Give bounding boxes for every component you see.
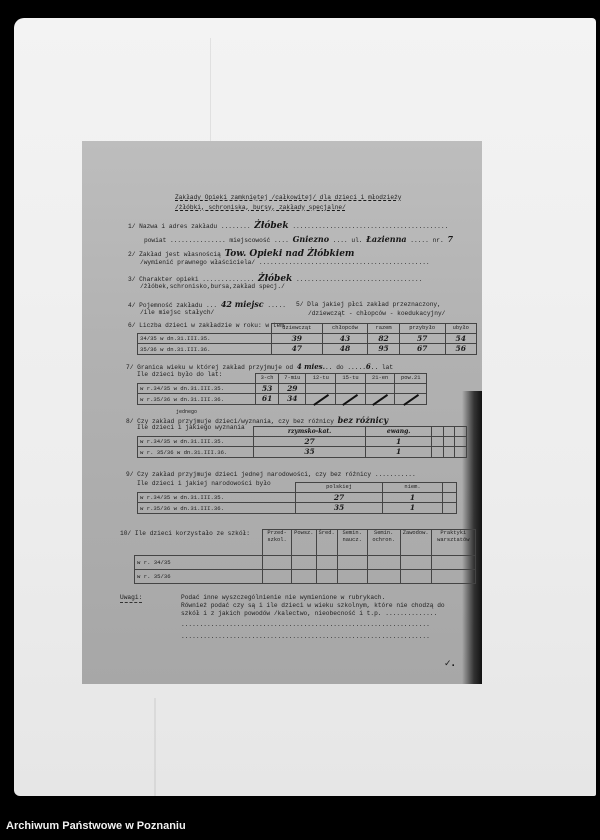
table-cell: w r.34/35 w dn.31.III.35.: [138, 437, 254, 447]
table-cell: [138, 374, 256, 384]
table-cell: 47: [272, 344, 323, 354]
table-cell: [138, 324, 272, 334]
table-cell: 43: [322, 334, 368, 344]
table-cell: Przed-szkol.: [263, 530, 292, 556]
archive-label: Archiwum Państwowe w Poznaniu: [6, 820, 186, 832]
table-cell: w r. 35/36 w dn.31.III.36.: [138, 447, 254, 457]
q1-label: Nazwa i adres zakładu: [139, 223, 217, 230]
table-cell: [365, 394, 395, 404]
table-cell: 15-tu: [336, 374, 366, 384]
table-cell: Semin. ochron.: [367, 530, 400, 556]
q1-row: 1/ Nazwa i adres zakładu ........ Żłóbek…: [128, 221, 448, 232]
dash-mark: [403, 394, 419, 406]
table-cell: [337, 556, 367, 570]
table-cell: 34: [279, 394, 306, 404]
table-cell: niem.: [383, 483, 443, 493]
table-cell: polskiej: [296, 483, 383, 493]
fold-line: [154, 698, 156, 808]
table-cell: [455, 447, 467, 457]
table-cell: [400, 570, 431, 584]
table-cell: 39: [272, 334, 323, 344]
table-cell: 56: [445, 344, 476, 354]
table-cell: [442, 493, 456, 503]
table-cell: 95: [368, 344, 399, 354]
notes-line3: szkół i z jakich powodów /kalectwo, nieo…: [181, 610, 437, 618]
q6-row-3435: 34/35 w dn.31.III.35. 39 43 82 57 54: [138, 334, 477, 344]
notes-label: Uwagi:: [120, 594, 142, 603]
notes-line2: Również podać czy są i ile dzieci w wiek…: [181, 602, 445, 610]
table-row: w r. 35/36: [135, 570, 476, 584]
table-cell: dziewcząt: [272, 324, 323, 334]
table-cell: [316, 556, 337, 570]
check-mark: ✓.: [444, 659, 455, 670]
table-cell: w r.35/36 w dn.31.III.36.: [138, 394, 256, 404]
table-cell: ewang.: [366, 427, 432, 437]
table-cell: [442, 503, 456, 513]
table-cell: [337, 570, 367, 584]
q3-sublabel: /żłóbek,schronisko,bursa,zakład specj./: [140, 283, 285, 291]
table-cell: [455, 437, 467, 447]
table-cell: [292, 556, 316, 570]
table-cell: [306, 384, 336, 394]
table-cell: [365, 384, 395, 394]
table-row: 3-ch 7-miu 12-tu 15-tu 21-en pow.21: [138, 374, 427, 384]
table-cell: w r.34/35 w dn.31.III.35.: [138, 493, 296, 503]
table-cell: [455, 427, 467, 437]
table-row: w r.34/35 w dn.31.III.35. 53 29: [138, 384, 427, 394]
table-row: w r.34/35 w dn.31.III.35. 27 1: [138, 437, 467, 447]
table-cell: 35: [296, 503, 383, 513]
q1-number-value: 7: [447, 234, 453, 244]
form-title: Zakłady Opieki zamkniętej /całkowitej/ d…: [175, 194, 402, 202]
table-cell: [431, 570, 475, 584]
table-cell: 48: [322, 344, 368, 354]
table-row: w r.34/35 w dn.31.III.35. 27 1: [138, 493, 457, 503]
q8-table: rzymsko-kat. ewang. w r.34/35 w dn.31.II…: [137, 426, 467, 458]
q1-name-value: Żłóbek: [254, 221, 288, 231]
table-row: Przed-szkol. Powsz. Śred. Semin. naucz. …: [135, 530, 476, 556]
table-cell: Powsz.: [292, 530, 316, 556]
table-cell: 27: [254, 437, 366, 447]
table-cell: [336, 394, 366, 404]
table-cell: 1: [366, 437, 432, 447]
dash-mark: [343, 394, 359, 406]
table-cell: w r. 34/35: [135, 556, 263, 570]
table-row: w r. 34/35: [135, 556, 476, 570]
table-cell: w r.35/36 w dn.31.III.36.: [138, 503, 296, 513]
table-cell: [400, 556, 431, 570]
table-cell: 7-miu: [279, 374, 306, 384]
notes-blank-line: ........................................…: [181, 621, 430, 629]
fold-line: [210, 38, 211, 158]
table-cell: [442, 483, 456, 493]
table-cell: 54: [445, 334, 476, 344]
table-cell: [443, 437, 455, 447]
q8-answer: bez różnicy: [338, 415, 388, 425]
table-cell: [431, 556, 475, 570]
table-cell: 29: [279, 384, 306, 394]
table-cell: [443, 447, 455, 457]
table-cell: [138, 427, 254, 437]
table-cell: ubyło: [445, 324, 476, 334]
table-cell: Semin. naucz.: [337, 530, 367, 556]
table-row: rzymsko-kat. ewang.: [138, 427, 467, 437]
table-cell: rzymsko-kat.: [254, 427, 366, 437]
q5-row: 5/ Dla jakiej płci zakład przeznaczony,: [296, 301, 441, 309]
dash-mark: [372, 394, 388, 406]
table-cell: 61: [256, 394, 279, 404]
table-cell: [395, 394, 427, 404]
table-cell: w r. 35/36: [135, 570, 263, 584]
table-cell: [316, 570, 337, 584]
table-cell: 12-tu: [306, 374, 336, 384]
table-cell: [432, 447, 444, 457]
table-cell: 27: [296, 493, 383, 503]
table-cell: [395, 384, 427, 394]
q5-sublabel: /dziewcząt - chłopców - koedukacyjny/: [308, 310, 445, 318]
table-row: polskiej niem.: [138, 483, 457, 493]
table-row: w r.35/36 w dn.31.III.36. 35 1: [138, 503, 457, 513]
q1-street-value: Łazienna: [366, 234, 406, 244]
table-cell: [135, 530, 263, 556]
q10-table: Przed-szkol. Powsz. Śred. Semin. naucz. …: [134, 529, 476, 584]
q1-city-value: Gniezno: [293, 234, 329, 244]
notes-line1: Podać inne wyszczególnienie nie wymienio…: [181, 594, 385, 602]
form-subtitle: /żłóbki, schroniska, bursy, zakłady spec…: [175, 204, 346, 212]
table-cell: Śred.: [316, 530, 337, 556]
table-cell: [306, 394, 336, 404]
table-cell: pow.21: [395, 374, 427, 384]
table-cell: [263, 556, 292, 570]
q4-sublabel: /ile miejsc stałych/: [140, 309, 214, 317]
table-cell: [336, 384, 366, 394]
table-cell: 1: [383, 493, 443, 503]
table-cell: przybyło: [399, 324, 445, 334]
table-cell: 21-en: [365, 374, 395, 384]
q2-owner-value: Tow. Opieki nad Żłóbkiem: [225, 249, 355, 259]
q6-table: dziewcząt chłopców razem przybyło ubyło …: [137, 323, 477, 355]
table-cell: 57: [399, 334, 445, 344]
table-cell: [263, 570, 292, 584]
q6-row-3536: 35/36 w dn.31.III.36. 47 48 95 67 56: [138, 344, 477, 354]
table-cell: [432, 427, 444, 437]
table-cell: 35/36 w dn.31.III.36.: [138, 344, 272, 354]
table-cell: [292, 570, 316, 584]
q9-table: polskiej niem. w r.34/35 w dn.31.III.35.…: [137, 482, 457, 514]
table-cell: 1: [383, 503, 443, 513]
q2-sublabel: /wymienić prawnego właściciela/ ........…: [140, 259, 430, 267]
notes-blank-line: ........................................…: [181, 633, 430, 641]
q4-capacity-value: 42 miejsc: [221, 299, 264, 309]
table-cell: [367, 556, 400, 570]
table-cell: 82: [368, 334, 399, 344]
table-cell: 34/35 w dn.31.III.35.: [138, 334, 272, 344]
q1-address-row: powiat ............... miejscowość .... …: [144, 234, 453, 245]
table-cell: [443, 427, 455, 437]
table-row: w r.35/36 w dn.31.III.36. 61 34: [138, 394, 427, 404]
table-cell: [138, 483, 296, 493]
table-row: dziewcząt chłopców razem przybyło ubyło: [138, 324, 477, 334]
q7-table: 3-ch 7-miu 12-tu 15-tu 21-en pow.21 w r.…: [137, 373, 427, 405]
table-row: w r. 35/36 w dn.31.III.36. 35 1: [138, 447, 467, 457]
table-cell: 1: [366, 447, 432, 457]
table-cell: razem: [368, 324, 399, 334]
dash-mark: [313, 394, 329, 406]
q9-label: 9/ Czy zakład przyjmuje dzieci jednej na…: [126, 471, 416, 479]
table-cell: Zawodow.: [400, 530, 431, 556]
table-cell: [367, 570, 400, 584]
table-cell: 67: [399, 344, 445, 354]
table-cell: Praktyki warsztatów: [431, 530, 475, 556]
table-cell: [432, 437, 444, 447]
table-cell: 53: [256, 384, 279, 394]
form-document: Zakłady Opieki zamkniętej /całkowitej/ d…: [82, 141, 482, 684]
table-cell: 35: [254, 447, 366, 457]
table-cell: chłopców: [322, 324, 368, 334]
table-cell: 3-ch: [256, 374, 279, 384]
table-cell: w r.34/35 w dn.31.III.35.: [138, 384, 256, 394]
